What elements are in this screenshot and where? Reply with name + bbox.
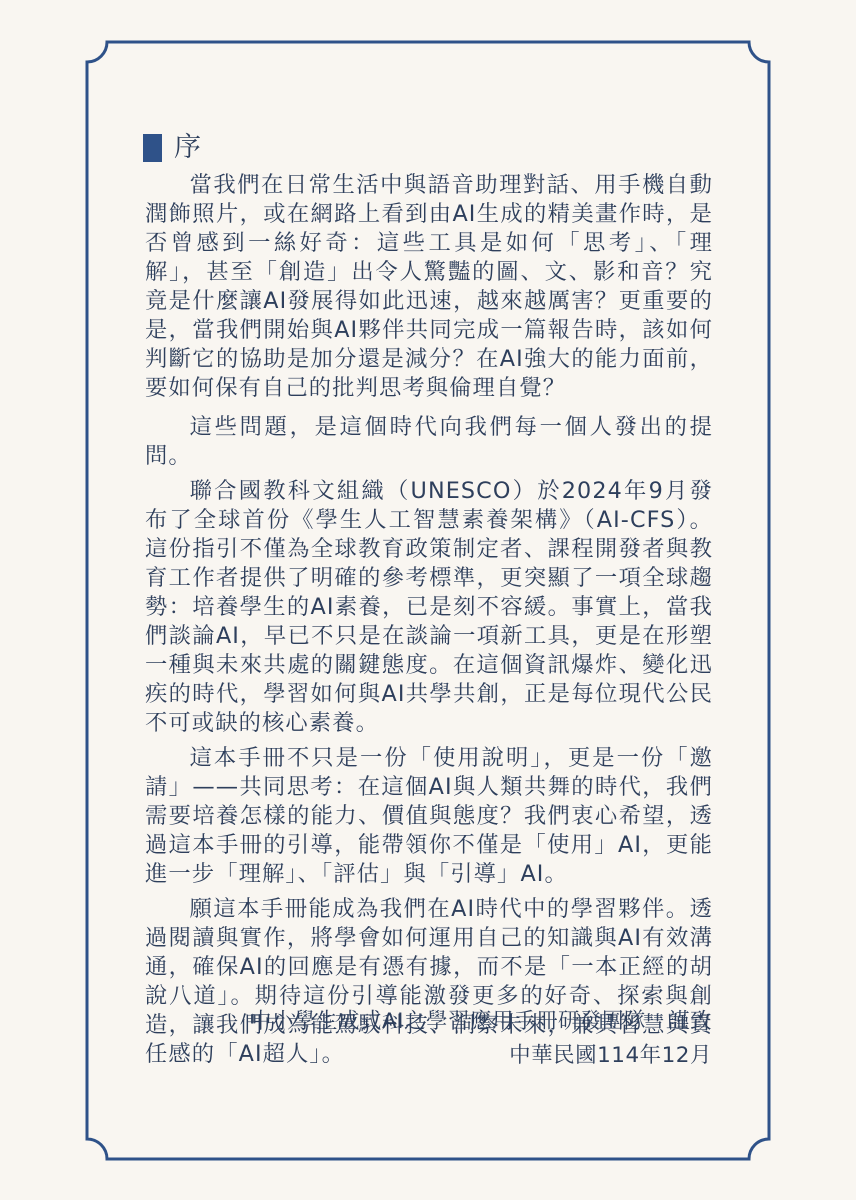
signature-author: 中小學生成式AI之學習應用手冊研發團隊 謹致 xyxy=(250,1005,712,1039)
signature-block: 中小學生成式AI之學習應用手冊研發團隊 謹致 中華民國114年12月 xyxy=(250,1005,712,1073)
square-block-icon xyxy=(143,134,162,162)
paragraph-unesco: 聯合國教科文組織（UNESCO）於2024年9月發布了全球首份《學生人工智慧素養… xyxy=(145,477,713,738)
section-heading: 序 xyxy=(143,131,201,165)
paragraph-invitation: 這本手冊不只是一份「使用說明」，更是一份「邀請」——共同思考：在這個AI與人類共… xyxy=(145,744,713,889)
paragraph-question: 這些問題，是這個時代向我們每一個人發出的提問。 xyxy=(145,413,713,471)
preface-body: 當我們在日常生活中與語音助理對話、用手機自動潤飾照片，或在網路上看到由AI生成的… xyxy=(145,171,713,1075)
signature-date: 中華民國114年12月 xyxy=(250,1039,712,1073)
paragraph-intro: 當我們在日常生活中與語音助理對話、用手機自動潤飾照片，或在網路上看到由AI生成的… xyxy=(145,171,713,403)
page-title: 序 xyxy=(174,131,201,165)
